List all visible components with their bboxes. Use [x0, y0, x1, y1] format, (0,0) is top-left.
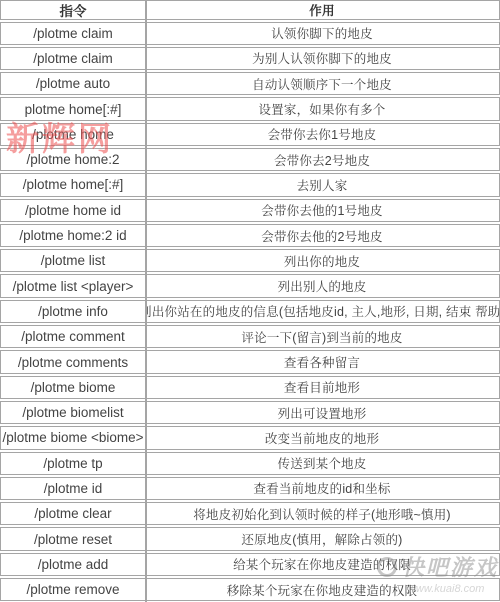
- effect-cell: 将地皮初始化到认领时候的样子(地形哦~慎用): [145, 503, 499, 524]
- effect-cell: 会带你去他的2号地皮: [145, 225, 499, 246]
- effect-cell: 改变当前地皮的地形: [145, 427, 499, 448]
- command-cell: /plotme comments: [1, 351, 145, 372]
- table-row: /plotme biomelist 列出可设置地形: [0, 401, 500, 424]
- effect-column-header: 作用: [145, 1, 499, 19]
- effect-cell: 列出你站在的地皮的信息(包括地皮id, 主人,地形, 日期, 结束 帮助): [145, 301, 499, 322]
- table-row: /plotme comment 评论一下(留言)到当前的地皮: [0, 325, 500, 348]
- effect-cell: 去别人家: [145, 174, 499, 195]
- table-row: /plotme biome <biome> 改变当前地皮的地形: [0, 426, 500, 449]
- table-row: /plotme info 列出你站在的地皮的信息(包括地皮id, 主人,地形, …: [0, 300, 500, 323]
- command-column-header: 指令: [1, 1, 145, 19]
- table-row: /plotme remove 移除某个玩家在你地皮建造的权限: [0, 578, 500, 601]
- table-row: /plotme list <player> 列出别人的地皮: [0, 274, 500, 297]
- effect-cell: 会带你去他的1号地皮: [145, 200, 499, 221]
- effect-cell: 传送到某个地皮: [145, 453, 499, 474]
- table-row: /plotme add 给某个玩家在你地皮建造的权限: [0, 553, 500, 576]
- effect-cell: 认领你脚下的地皮: [145, 23, 499, 44]
- table-row: /plotme clear 将地皮初始化到认领时候的样子(地形哦~慎用): [0, 502, 500, 525]
- table-row: /plotme list 列出你的地皮: [0, 249, 500, 272]
- table-row: /plotme home 会带你去你1号地皮: [0, 123, 500, 146]
- table-row: /plotme claim 为别人认领你脚下的地皮: [0, 47, 500, 70]
- command-cell: /plotme list: [1, 250, 145, 271]
- effect-cell: 会带你去你1号地皮: [145, 124, 499, 145]
- column-divider: [145, 0, 147, 602]
- command-cell: /plotme add: [1, 554, 145, 575]
- command-cell: /plotme biomelist: [1, 402, 145, 423]
- command-cell: /plotme home:2 id: [1, 225, 145, 246]
- effect-cell: 给某个玩家在你地皮建造的权限: [145, 554, 499, 575]
- table-row: /plotme home id 会带你去他的1号地皮: [0, 199, 500, 222]
- effect-cell: 列出可设置地形: [145, 402, 499, 423]
- table-row: /plotme auto 自动认领顺序下一个地皮: [0, 72, 500, 95]
- effect-cell: 为别人认领你脚下的地皮: [145, 48, 499, 69]
- command-cell: plotme home[:#]: [1, 98, 145, 119]
- command-cell: /plotme auto: [1, 73, 145, 94]
- command-cell: /plotme reset: [1, 528, 145, 549]
- effect-cell: 还原地皮(慎用，解除占领的): [145, 528, 499, 549]
- table-row: /plotme id 查看当前地皮的id和坐标: [0, 477, 500, 500]
- command-cell: /plotme claim: [1, 48, 145, 69]
- command-table: 指令 作用 /plotme claim 认领你脚下的地皮 /plotme cla…: [0, 0, 500, 601]
- table-row: plotme home[:#] 设置家，如果你有多个: [0, 97, 500, 120]
- table-row: /plotme comments 查看各种留言: [0, 350, 500, 373]
- command-cell: /plotme claim: [1, 23, 145, 44]
- plotme-command-table-page: 指令 作用 /plotme claim 认领你脚下的地皮 /plotme cla…: [0, 0, 500, 602]
- effect-cell: 列出你的地皮: [145, 250, 499, 271]
- table-row: /plotme home:2 会带你去2号地皮: [0, 148, 500, 171]
- command-cell: /plotme biome <biome>: [1, 427, 145, 448]
- command-cell: /plotme tp: [1, 453, 145, 474]
- table-header-row: 指令 作用: [0, 0, 500, 20]
- effect-cell: 列出别人的地皮: [145, 275, 499, 296]
- command-cell: /plotme list <player>: [1, 275, 145, 296]
- command-cell: /plotme home:2: [1, 149, 145, 170]
- command-cell: /plotme biome: [1, 377, 145, 398]
- effect-cell: 查看目前地形: [145, 377, 499, 398]
- effect-cell: 查看当前地皮的id和坐标: [145, 478, 499, 499]
- effect-cell: 自动认领顺序下一个地皮: [145, 73, 499, 94]
- command-cell: /plotme home id: [1, 200, 145, 221]
- effect-cell: 评论一下(留言)到当前的地皮: [145, 326, 499, 347]
- command-cell: /plotme home: [1, 124, 145, 145]
- command-cell: /plotme info: [1, 301, 145, 322]
- effect-cell: 设置家，如果你有多个: [145, 98, 499, 119]
- table-row: /plotme home:2 id 会带你去他的2号地皮: [0, 224, 500, 247]
- command-cell: /plotme clear: [1, 503, 145, 524]
- effect-cell: 会带你去2号地皮: [145, 149, 499, 170]
- table-row: /plotme claim 认领你脚下的地皮: [0, 22, 500, 45]
- command-cell: /plotme id: [1, 478, 145, 499]
- effect-cell: 移除某个玩家在你地皮建造的权限: [145, 579, 499, 600]
- effect-cell: 查看各种留言: [145, 351, 499, 372]
- command-cell: /plotme remove: [1, 579, 145, 600]
- table-row: /plotme tp 传送到某个地皮: [0, 452, 500, 475]
- command-cell: /plotme comment: [1, 326, 145, 347]
- table-row: /plotme reset 还原地皮(慎用，解除占领的): [0, 527, 500, 550]
- table-row: /plotme home[:#] 去别人家: [0, 173, 500, 196]
- command-cell: /plotme home[:#]: [1, 174, 145, 195]
- table-body: /plotme claim 认领你脚下的地皮 /plotme claim 为别人…: [0, 22, 500, 602]
- table-row: /plotme biome 查看目前地形: [0, 376, 500, 399]
